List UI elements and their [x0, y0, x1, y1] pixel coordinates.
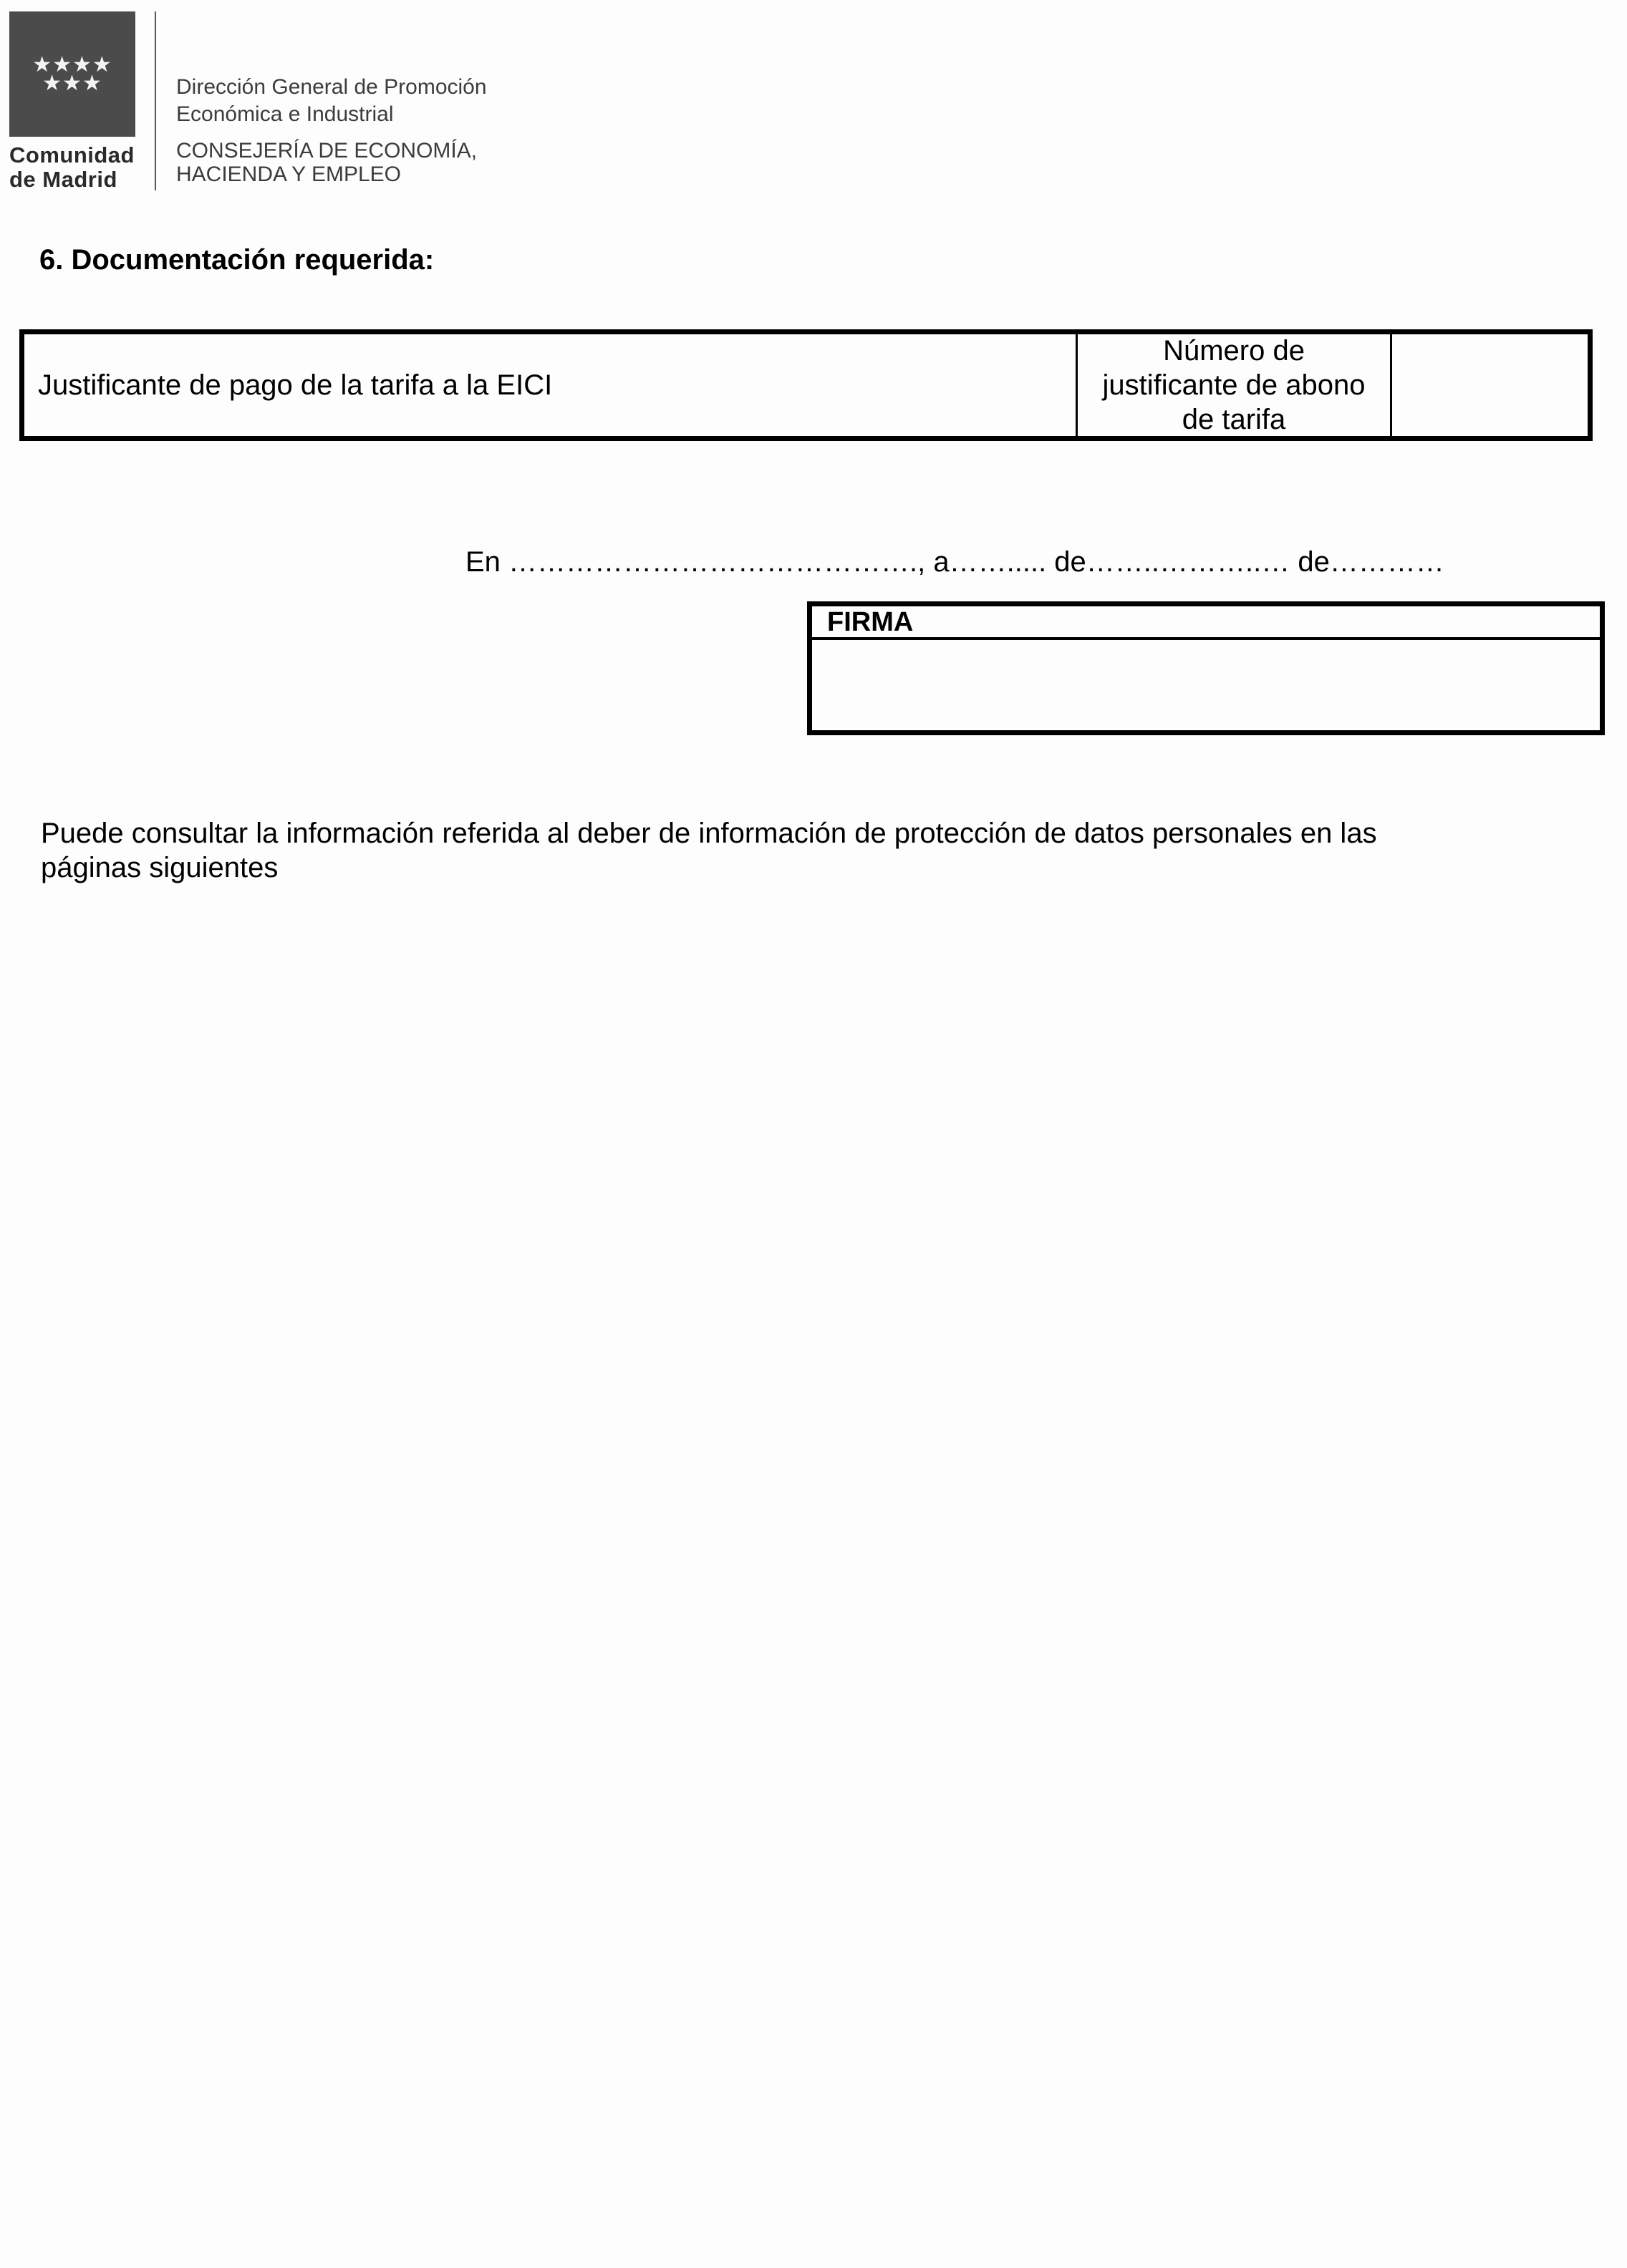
signature-box: FIRMA [807, 601, 1605, 735]
receipt-number-field[interactable] [1392, 334, 1588, 436]
document-description-cell: Justificante de pago de la tarifa a la E… [24, 334, 1078, 436]
receipt-number-label-line3: de tarifa [1103, 402, 1366, 437]
stars-row-bottom: ★★★ [9, 74, 135, 93]
receipt-number-label-line2: justificante de abono [1103, 368, 1366, 402]
ministry-line2: HACIENDA Y EMPLEO [176, 163, 477, 186]
stars-icon: ★★★★ ★★★ [9, 56, 135, 93]
logo-caption-line2: de Madrid [9, 168, 138, 192]
signature-field[interactable] [812, 640, 1600, 730]
directorate-line2: Económica e Industrial [176, 101, 487, 128]
ministry-name: CONSEJERÍA DE ECONOMÍA, HACIENDA Y EMPLE… [176, 139, 477, 186]
logo-caption: Comunidad de Madrid [9, 143, 138, 192]
directorate-name: Dirección General de Promoción Económica… [176, 74, 487, 128]
documentation-table: Justificante de pago de la tarifa a la E… [19, 329, 1593, 441]
signature-label: FIRMA [812, 606, 1600, 640]
place-date-line[interactable]: En ……………………………………., a……..... de……..………..… [465, 546, 1444, 578]
comunidad-de-madrid-logo: ★★★★ ★★★ [9, 11, 135, 137]
directorate-line1: Dirección General de Promoción [176, 74, 487, 101]
ministry-line1: CONSEJERÍA DE ECONOMÍA, [176, 139, 477, 163]
privacy-note: Puede consultar la información referida … [41, 816, 1444, 885]
receipt-number-label-cell: Número de justificante de abono de tarif… [1078, 334, 1392, 436]
section-title: 6. Documentación requerida: [39, 243, 434, 276]
header-divider [155, 11, 156, 190]
receipt-number-label-line1: Número de [1103, 334, 1366, 368]
logo-caption-line1: Comunidad [9, 143, 138, 168]
